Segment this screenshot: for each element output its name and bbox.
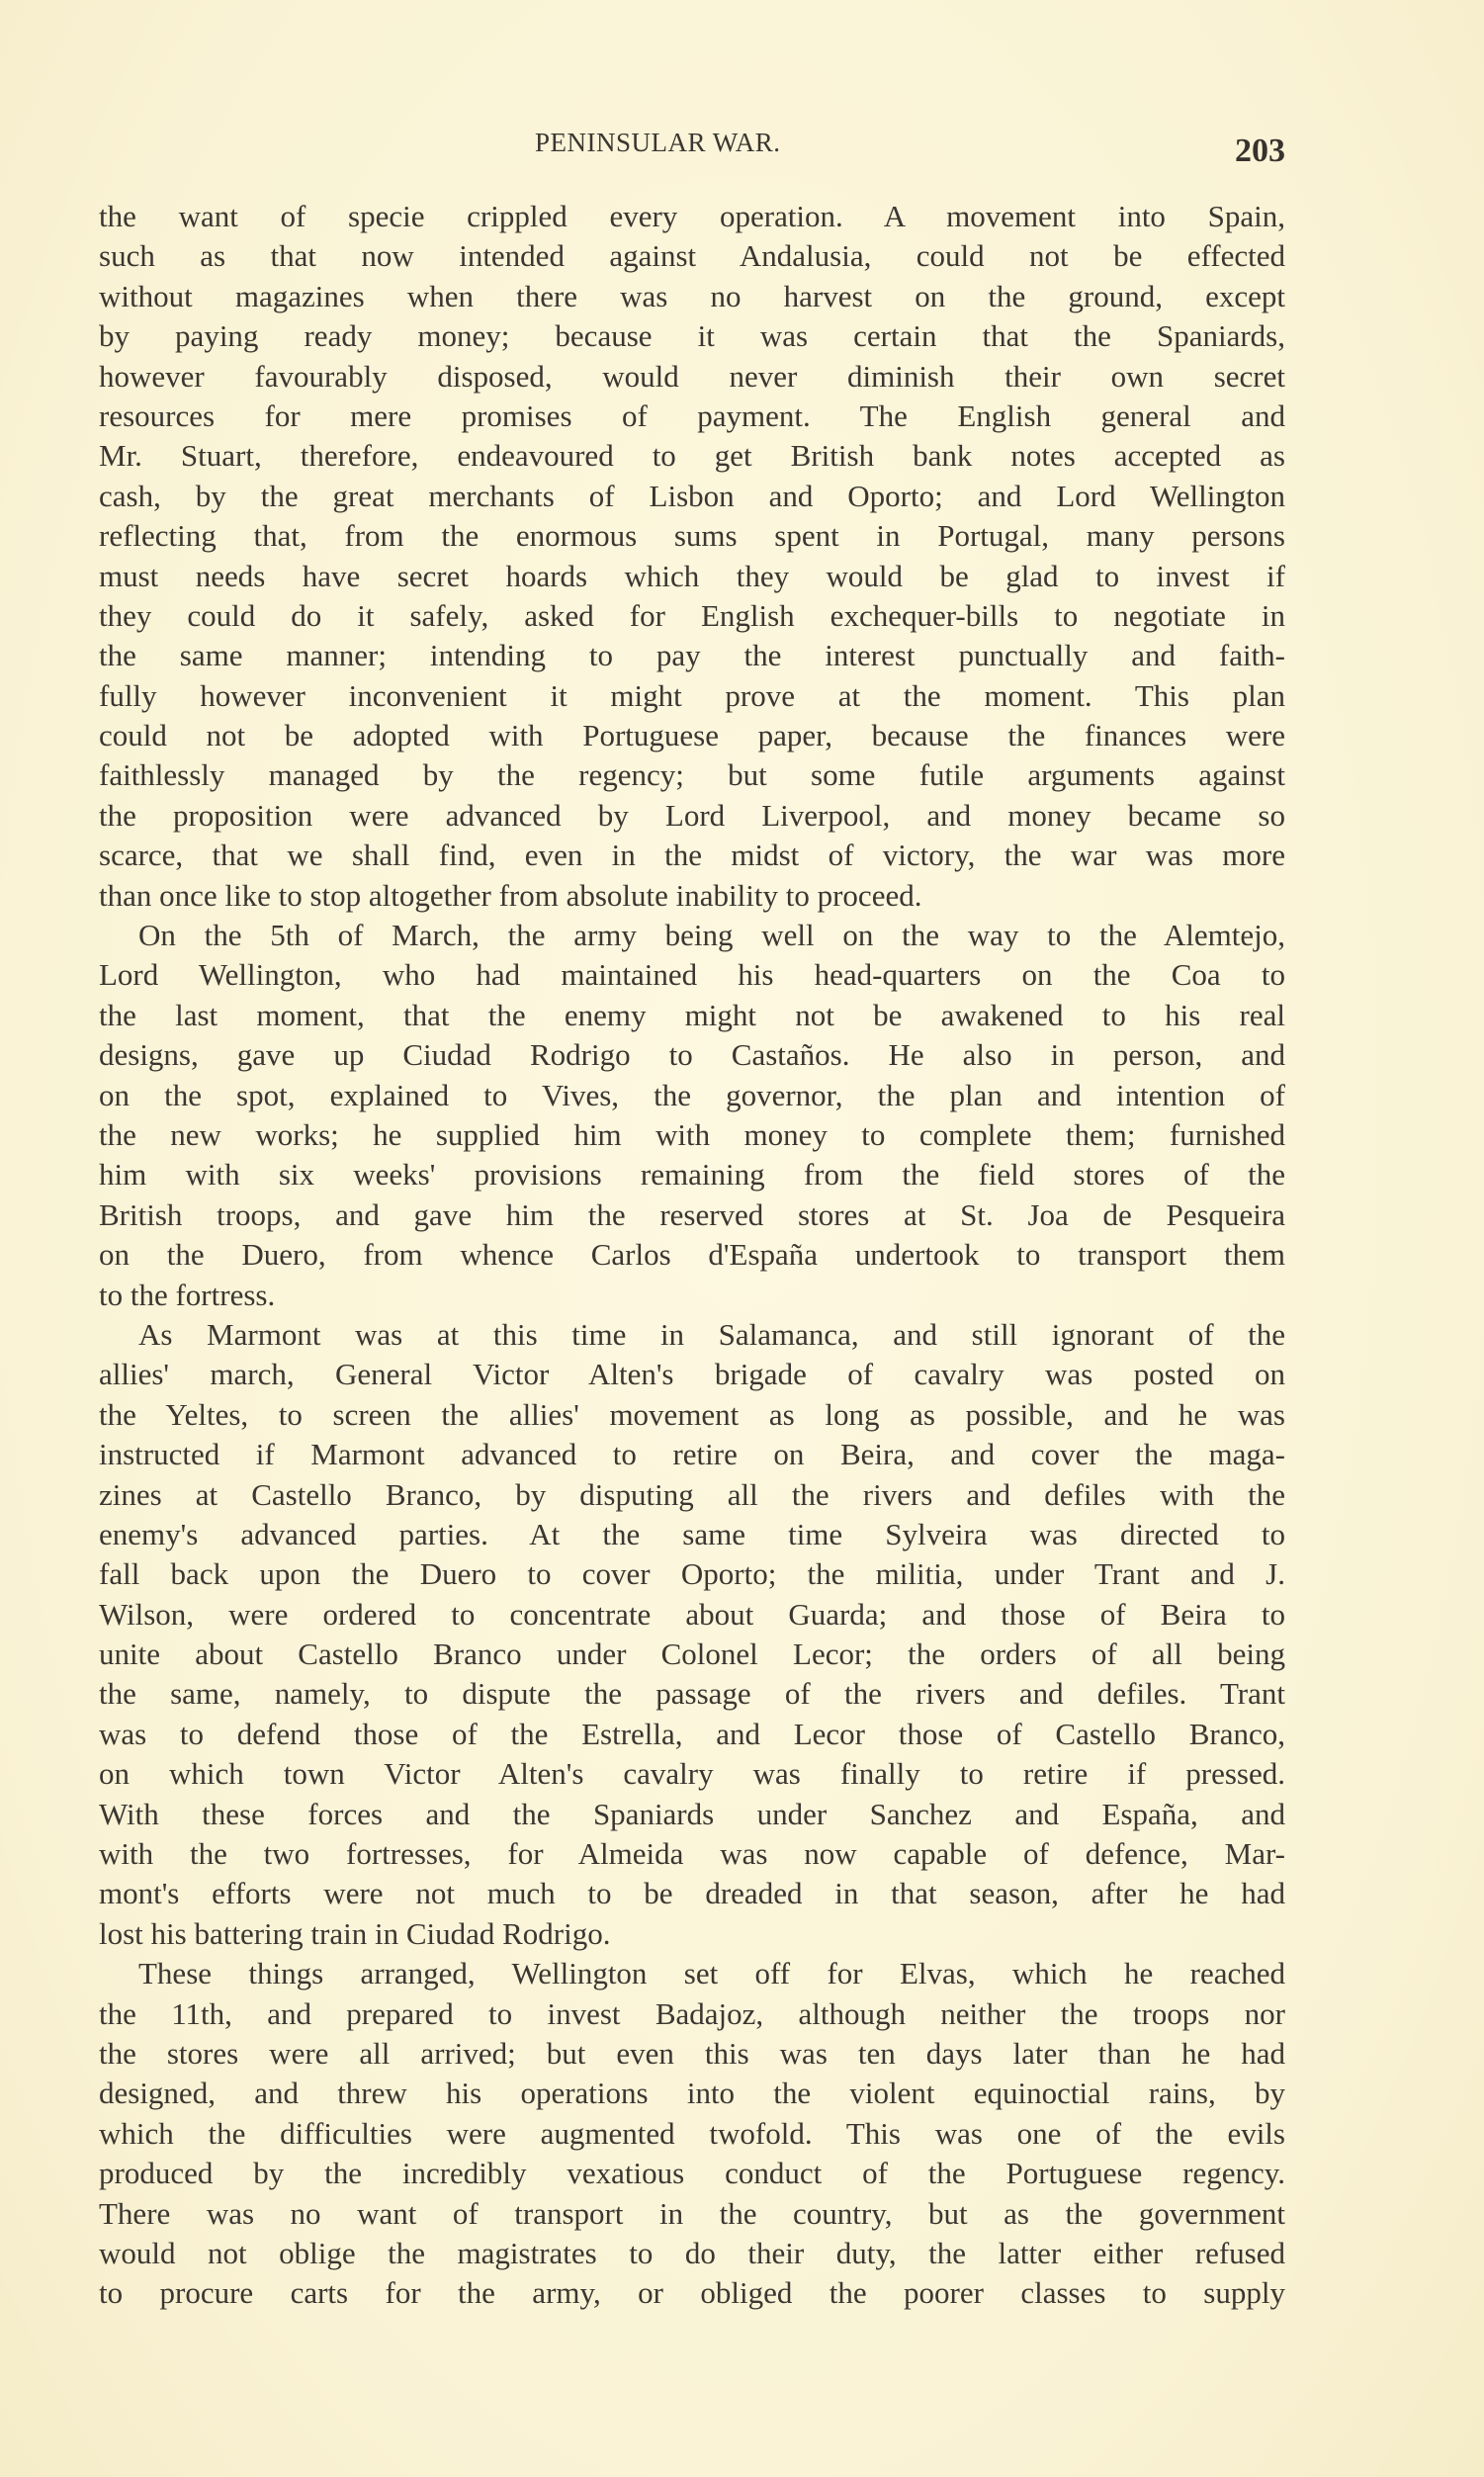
text-line: on the spot, explained to Vives, the gov… <box>99 1076 1285 1115</box>
text-line: the proposition were advanced by Lord Li… <box>99 796 1285 836</box>
text-line: could not be adopted with Portuguese pap… <box>99 716 1285 755</box>
text-line: the 11th, and prepared to invest Badajoz… <box>99 1994 1285 2034</box>
text-line: on the Duero, from whence Carlos d'Españ… <box>99 1235 1285 1275</box>
text-line: the stores were all arrived; but even th… <box>99 2034 1285 2074</box>
text-line: cash, by the great merchants of Lisbon a… <box>99 477 1285 516</box>
text-line: lost his battering train in Ciudad Rodri… <box>99 1914 1285 1954</box>
text-line: with the two fortresses, for Almeida was… <box>99 1834 1285 1874</box>
text-line: they could do it safely, asked for Engli… <box>99 596 1285 636</box>
text-line: faithlessly managed by the regency; but … <box>99 755 1285 795</box>
text-line: designed, and threw his operations into … <box>99 2074 1285 2113</box>
text-line: however favourably disposed, would never… <box>99 357 1285 397</box>
text-line: These things arranged, Wellington set of… <box>99 1954 1285 1993</box>
text-line: the same, namely, to dispute the passage… <box>99 1674 1285 1714</box>
text-line: would not oblige the magistrates to do t… <box>99 2234 1285 2273</box>
text-line: such as that now intended against Andalu… <box>99 236 1285 276</box>
text-line: There was no want of transport in the co… <box>99 2194 1285 2234</box>
text-line: to the fortress. <box>99 1276 1285 1315</box>
text-line: enemy's advanced parties. At the same ti… <box>99 1515 1285 1554</box>
text-line: to procure carts for the army, or oblige… <box>99 2273 1285 2313</box>
paragraph-3: As Marmont was at this time in Salamanca… <box>99 1315 1285 1954</box>
text-line: mont's efforts were not much to be dread… <box>99 1874 1285 1913</box>
text-line: allies' march, General Victor Alten's br… <box>99 1355 1285 1394</box>
paragraph-1: the want of specie crippled every operat… <box>99 197 1285 916</box>
text-line: without magazines when there was no harv… <box>99 277 1285 316</box>
text-line: the last moment, that the enemy might no… <box>99 996 1285 1035</box>
text-line: the want of specie crippled every operat… <box>99 197 1285 236</box>
paragraph-2: On the 5th of March, the army being well… <box>99 916 1285 1315</box>
text-line: than once like to stop altogether from a… <box>99 876 1285 916</box>
text-line: With these forces and the Spaniards unde… <box>99 1795 1285 1834</box>
text-line: him with six weeks' provisions remaining… <box>99 1155 1285 1194</box>
running-header: PENINSULAR WAR. 203 <box>103 125 1285 164</box>
text-line: zines at Castello Branco, by disputing a… <box>99 1475 1285 1515</box>
text-line: As Marmont was at this time in Salamanca… <box>99 1315 1285 1355</box>
text-line: which the difficulties were augmented tw… <box>99 2114 1285 2154</box>
text-line: resources for mere promises of payment. … <box>99 397 1285 436</box>
text-line: Wilson, were ordered to concentrate abou… <box>99 1595 1285 1635</box>
text-line: was to defend those of the Estrella, and… <box>99 1715 1285 1754</box>
text-line: instructed if Marmont advanced to retire… <box>99 1435 1285 1474</box>
text-line: on which town Victor Alten's cavalry was… <box>99 1754 1285 1794</box>
text-line: must needs have secret hoards which they… <box>99 557 1285 596</box>
text-line: by paying ready money; because it was ce… <box>99 316 1285 356</box>
text-line: On the 5th of March, the army being well… <box>99 916 1285 955</box>
paragraph-4: These things arranged, Wellington set of… <box>99 1954 1285 2314</box>
text-line: Lord Wellington, who had maintained his … <box>99 955 1285 995</box>
text-line: fall back upon the Duero to cover Oporto… <box>99 1554 1285 1594</box>
text-line: reflecting that, from the enormous sums … <box>99 516 1285 556</box>
text-line: fully however inconvenient it might prov… <box>99 676 1285 716</box>
text-line: designs, gave up Ciudad Rodrigo to Casta… <box>99 1035 1285 1075</box>
body-text: the want of specie crippled every operat… <box>99 197 1285 2314</box>
text-line: the Yeltes, to screen the allies' moveme… <box>99 1395 1285 1435</box>
running-title: PENINSULAR WAR. <box>535 125 781 160</box>
page-number: 203 <box>1235 133 1285 169</box>
text-line: the new works; he supplied him with mone… <box>99 1115 1285 1155</box>
text-line: British troops, and gave him the reserve… <box>99 1195 1285 1235</box>
text-line: Mr. Stuart, therefore, endeavoured to ge… <box>99 436 1285 476</box>
text-line: produced by the incredibly vexatious con… <box>99 2154 1285 2193</box>
text-line: scarce, that we shall find, even in the … <box>99 836 1285 875</box>
text-line: unite about Castello Branco under Colone… <box>99 1635 1285 1674</box>
text-line: the same manner; intending to pay the in… <box>99 636 1285 675</box>
